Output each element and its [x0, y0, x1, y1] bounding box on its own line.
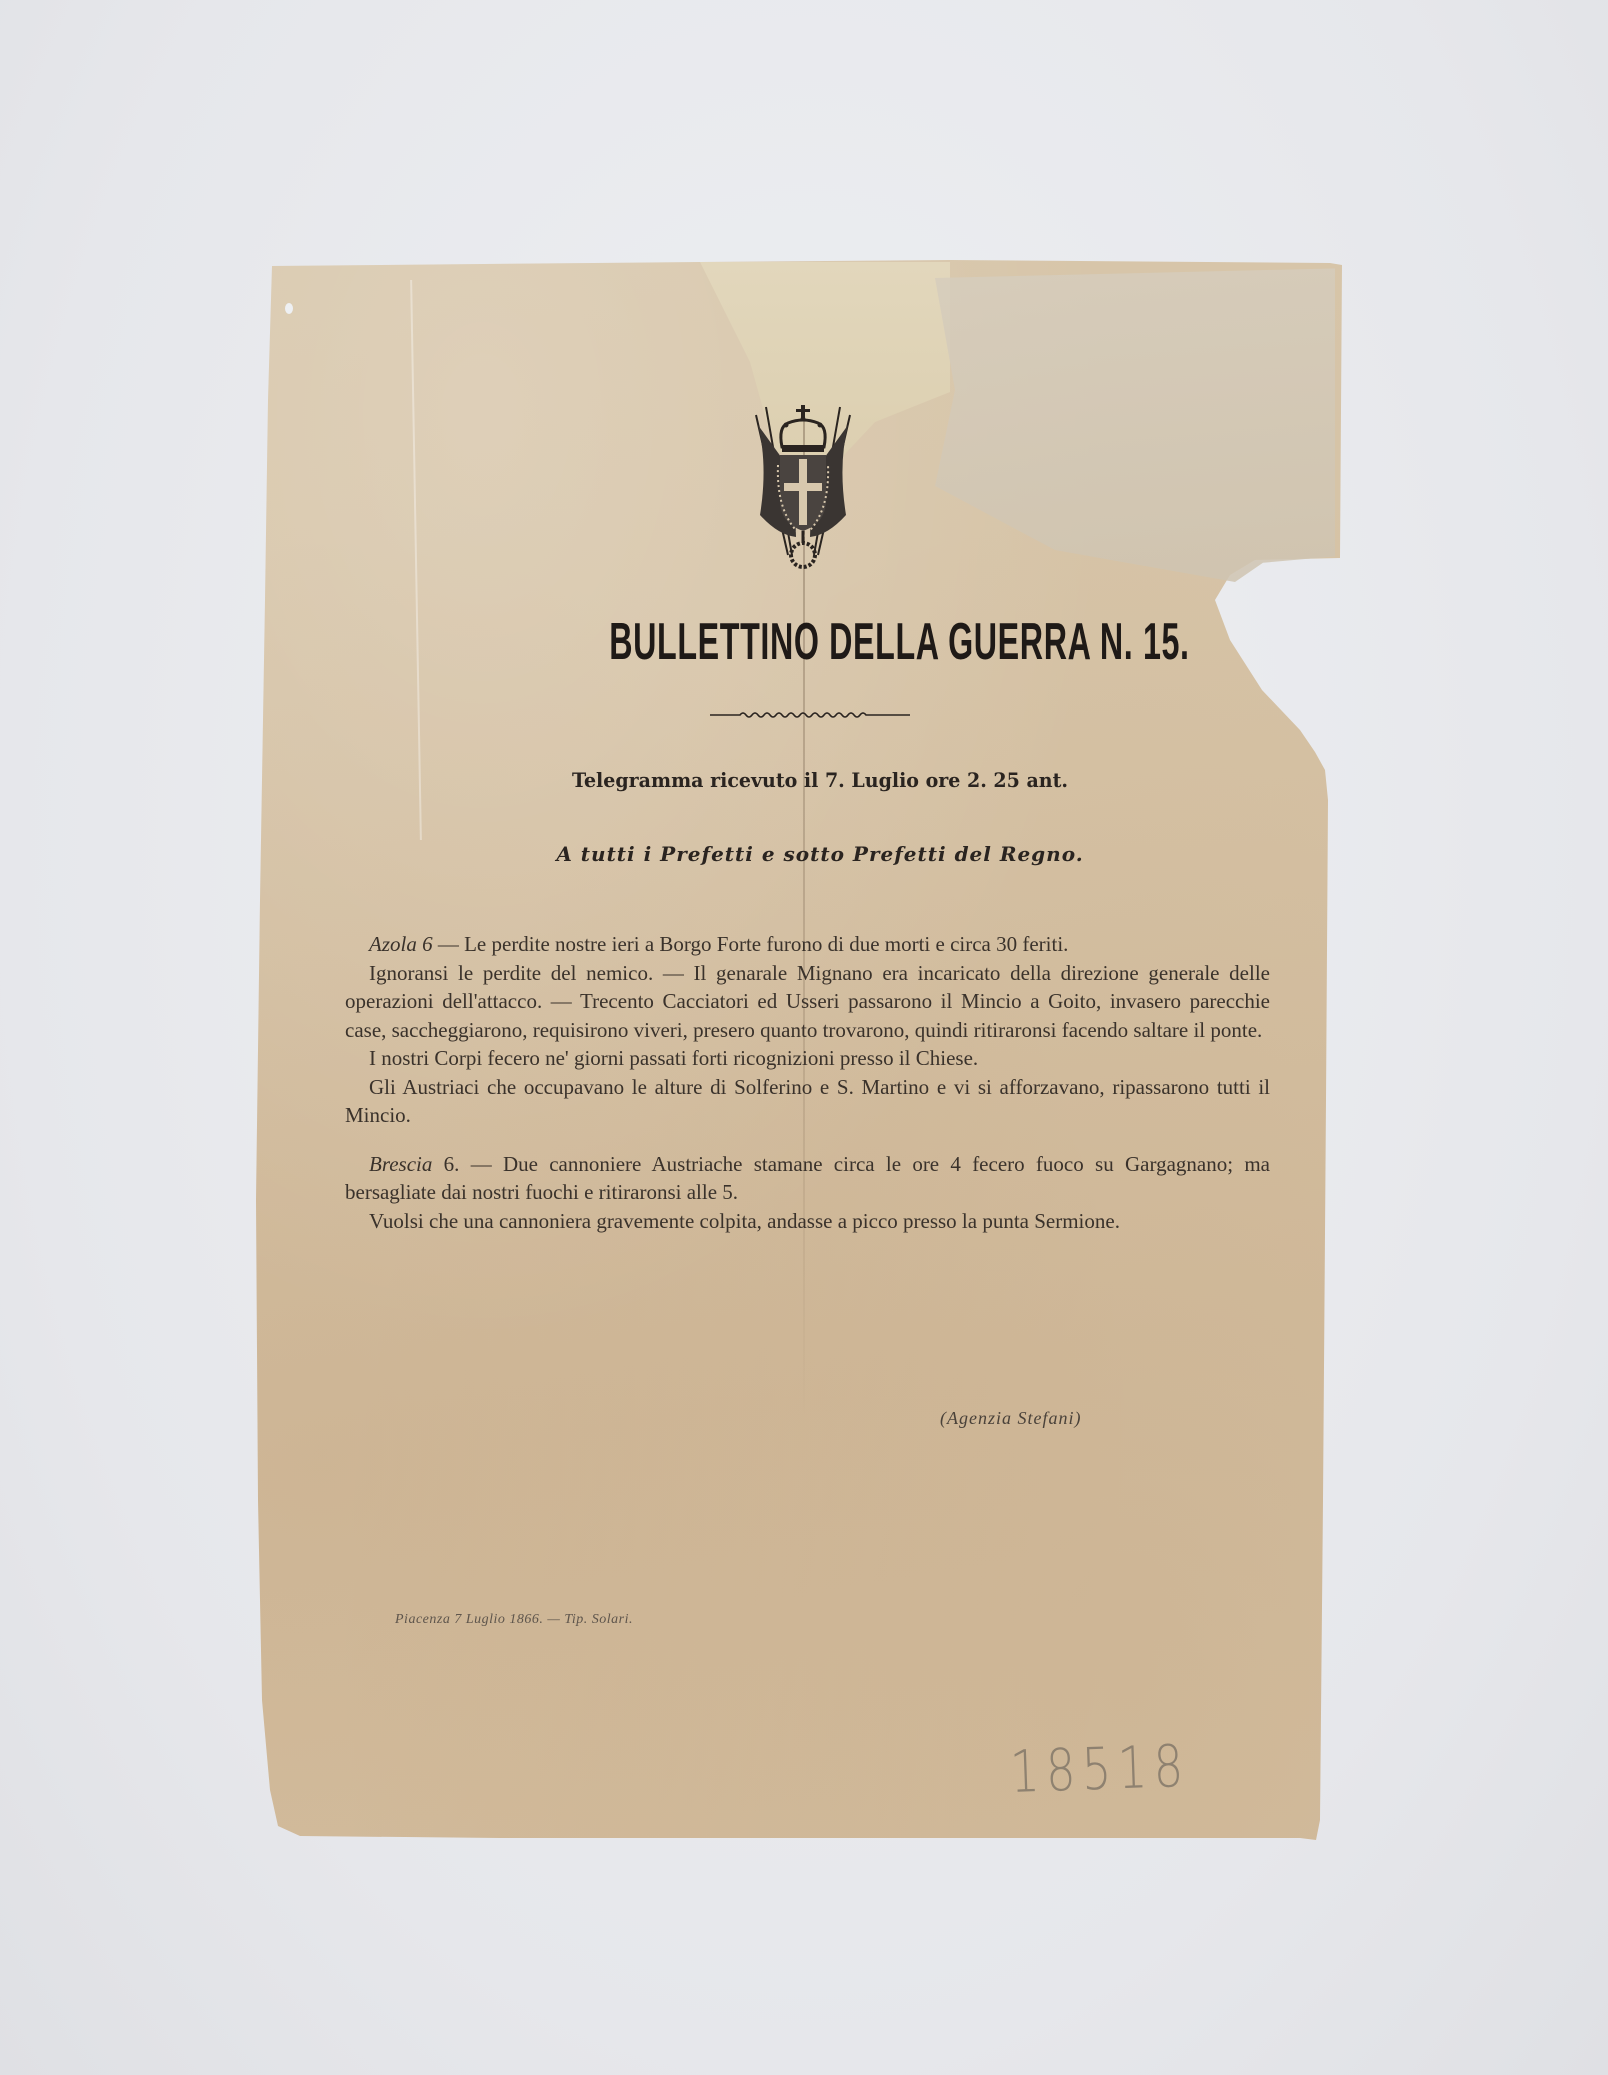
dateline-place: Azola 6 — [369, 932, 433, 956]
paragraph-gunboat-sunk: Vuolsi che una cannoniera gravemente col… — [345, 1207, 1270, 1236]
agency-signature: (Agenzia Stefani) — [940, 1408, 1081, 1429]
paragraph-enemy-losses: Ignoransi le perdite del nemico. — Il ge… — [345, 959, 1270, 1045]
punch-hole — [285, 303, 293, 314]
handwritten-inventory-number: 18518 — [1009, 1732, 1191, 1806]
telegram-received-line: Telegramma ricevuto il 7. Luglio ore 2. … — [497, 768, 1143, 792]
dateline-place: Brescia — [369, 1152, 432, 1176]
paragraph-austrians-retreat: Gli Austriaci che occupavano le alture d… — [345, 1073, 1270, 1130]
paragraph-brescia: Brescia 6. — Due cannoniere Austriache s… — [345, 1150, 1270, 1207]
paragraph-azola: Azola 6 — Le perdite nostre ieri a Borgo… — [345, 930, 1270, 959]
printer-imprint: Piacenza 7 Luglio 1866. — Tip. Solari. — [395, 1612, 633, 1628]
decorative-wavy-rule — [710, 708, 910, 722]
bulletin-body: Azola 6 — Le perdite nostre ieri a Borgo… — [345, 930, 1270, 1235]
bulletin-title: BULLETTINO DELLA GUERRA N. 15. — [609, 612, 1031, 672]
savoy-coat-of-arms-icon — [748, 405, 858, 580]
paragraph-reconnaissance: I nostri Corpi fecero ne' giorni passati… — [345, 1044, 1270, 1073]
addressee-line: A tutti i Prefetti e sotto Prefetti del … — [480, 842, 1160, 866]
